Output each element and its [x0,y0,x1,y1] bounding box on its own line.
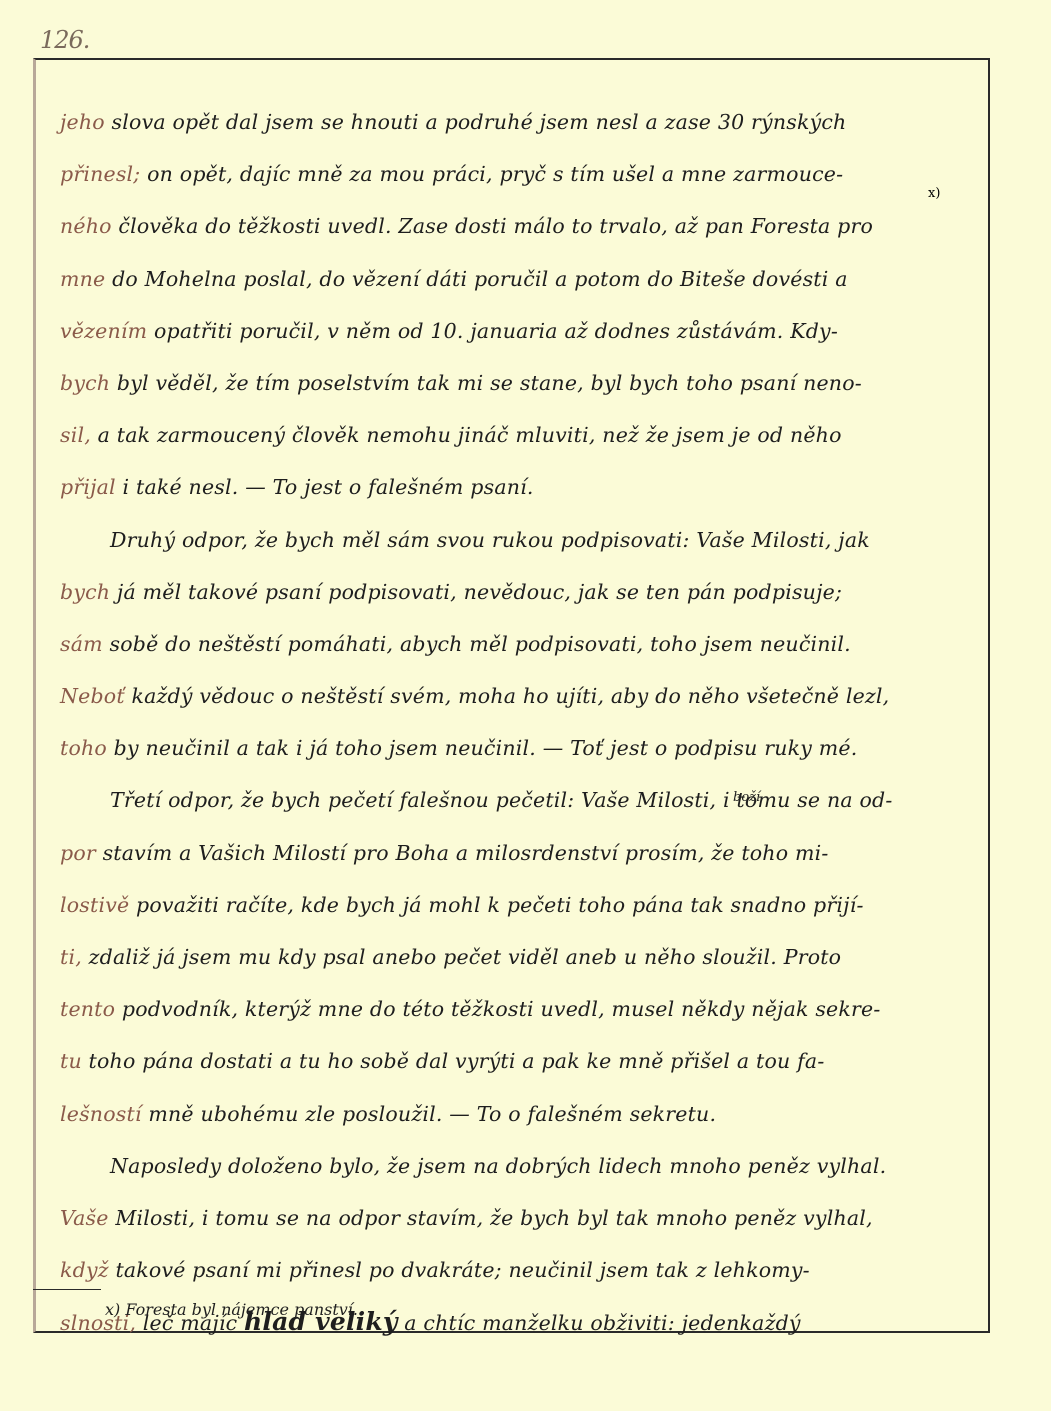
paragraph-start-line: Druhý odpor, že bych měl sám svou rukou … [60,514,975,566]
text-line: ti, zdaliž já jsem mu kdy psal anebo peč… [60,931,975,983]
footnote-divider [33,1289,101,1290]
text-line: mne do Mohelna poslal, do vězení dáti po… [60,253,975,305]
text-line: přijal i také nesl. — To jest o falešném… [60,461,975,513]
interlinear-insertion: boží [733,790,760,805]
text-line: vězením opatřiti poručil, v něm od 10. j… [60,305,975,357]
text-line: ného člověka do těžkosti uvedl. Zase dos… [60,200,975,252]
text-line: když takové psaní mi přinesl po dvakráte… [60,1244,975,1296]
text-line: toho by neučinil a tak i já toho jsem ne… [60,722,975,774]
paragraph-start-line: Naposledy doloženo bylo, že jsem na dobr… [60,1140,975,1192]
text-line: tu toho pána dostati a tu ho sobě dal vy… [60,1035,975,1087]
footnote-marker: x) [928,186,940,201]
paragraph-start-line: Třetí odpor, že bych pečetí falešnou peč… [60,774,975,826]
text-line: bych byl věděl, že tím poselstvím tak mi… [60,357,975,409]
text-line: Neboť každý vědouc o neštěstí svém, moha… [60,670,975,722]
text-line: bych já měl takové psaní podpisovati, ne… [60,566,975,618]
page-number: 126. [40,26,89,54]
handwritten-body: jeho slova opět dal jsem se hnouti a pod… [60,96,975,1349]
text-line: lešností mně ubohému zle posloužil. — To… [60,1088,975,1140]
footnote: x) Foresta byl nájemce panství. [105,1300,358,1319]
text-line: jeho slova opět dal jsem se hnouti a pod… [60,96,975,148]
text-line: přinesl; on opět, dajíc mně za mou práci… [60,148,975,200]
text-line: tento podvodník, kterýž mne do této těžk… [60,983,975,1035]
text-line: por stavím a Vašich Milostí pro Boha a m… [60,827,975,879]
text-line: sám sobě do neštěstí pomáhati, abych měl… [60,618,975,670]
text-line: Vaše Milosti, i tomu se na odpor stavím,… [60,1192,975,1244]
text-line: sil, a tak zarmoucený člověk nemohu jiná… [60,409,975,461]
text-line: lostivě považiti račíte, kde bych já moh… [60,879,975,931]
